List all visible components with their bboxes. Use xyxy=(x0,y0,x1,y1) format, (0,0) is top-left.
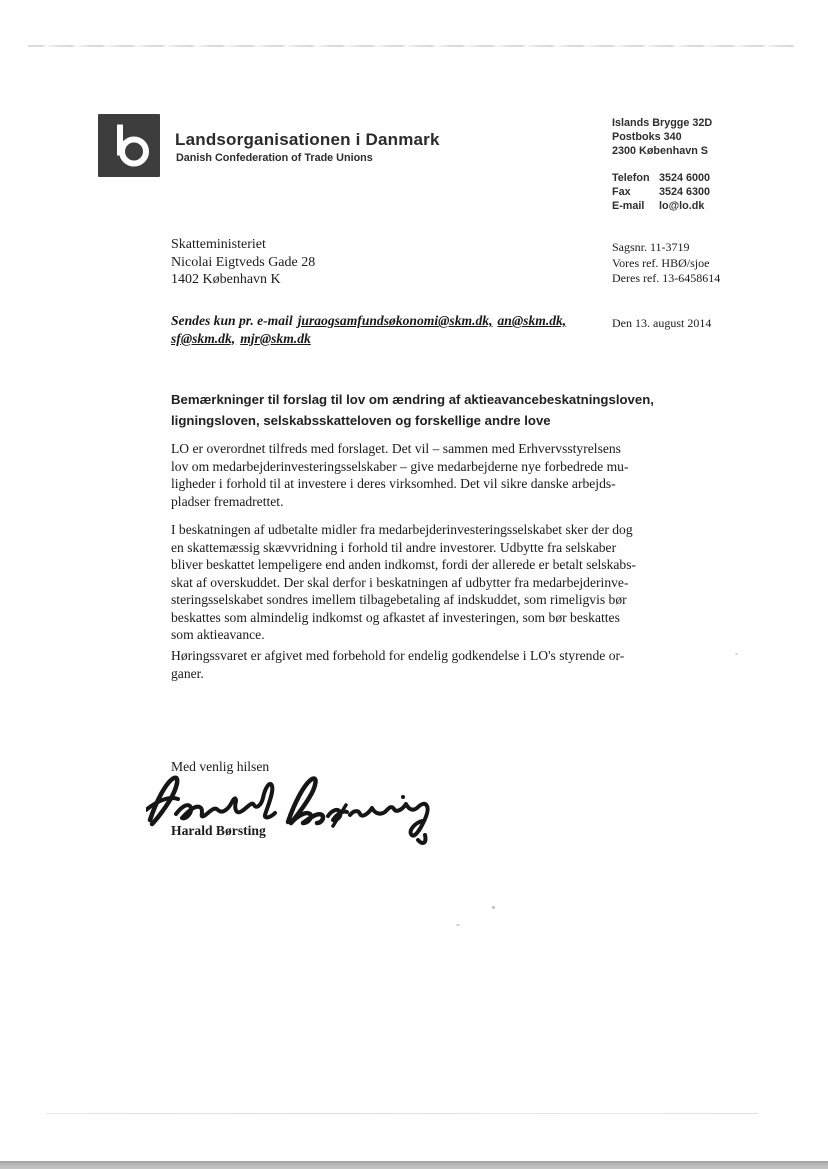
lo-logo xyxy=(98,114,160,177)
hq-address-line: Postboks 340 xyxy=(612,131,712,145)
letterhead-contact-block: Islands Brygge 32D Postboks 340 2300 Køb… xyxy=(612,117,712,214)
phone-value: 3524 6000 xyxy=(659,172,710,186)
send-by-email-line: Sendes kun pr. e-mailjuraogsamfundsøkono… xyxy=(171,312,631,347)
scan-speck xyxy=(456,924,460,926)
email-address: sf@skm.dk, xyxy=(171,331,235,346)
org-name: Landsorganisationen i Danmark xyxy=(175,130,440,150)
scan-artifact-top-line xyxy=(28,45,794,47)
case-number: Sagsnr. 11-3719 xyxy=(612,240,720,256)
subject-heading: Bemærkninger til forslag til lov om ændr… xyxy=(171,390,716,432)
recipient-line: 1402 København K xyxy=(171,271,315,289)
their-reference: Deres ref. 13-6458614 xyxy=(612,271,720,287)
scan-speck xyxy=(735,653,738,655)
hq-address-line: 2300 København S xyxy=(612,145,712,159)
email-label: E-mail xyxy=(612,200,659,214)
recipient-line: Nicolai Eigtveds Gade 28 xyxy=(171,254,315,272)
send-by-email-prefix: Sendes kun pr. e-mail xyxy=(171,313,293,328)
handwritten-signature xyxy=(146,768,461,858)
scan-artifact-faint-line xyxy=(46,1113,758,1114)
signature-icon xyxy=(146,768,461,853)
hq-address-line: Islands Brygge 32D xyxy=(612,117,712,131)
scan-speck xyxy=(492,906,495,909)
our-reference: Vores ref. HBØ/sjoe xyxy=(612,256,720,272)
email-address: juraogsamfundsøkonomi@skm.dk, xyxy=(298,313,493,328)
email-address: an@skm.dk, xyxy=(497,313,566,328)
phone-label: Telefon xyxy=(612,172,659,186)
signatory-name: Harald Børsting xyxy=(171,823,266,839)
email-address: mjr@skm.dk xyxy=(240,331,311,346)
reference-block: Sagsnr. 11-3719 Vores ref. HBØ/sjoe Dere… xyxy=(612,240,720,287)
hq-phone-row: Telefon 3524 6000 xyxy=(612,172,712,186)
hq-email-row: E-mail lo@lo.dk xyxy=(612,200,712,214)
body-paragraph-2: I beskatningen af udbetalte midler fra m… xyxy=(171,521,716,644)
recipient-address: Skatteministeriet Nicolai Eigtveds Gade … xyxy=(171,236,315,289)
scanned-letter-page: Landsorganisationen i Danmark Danish Con… xyxy=(0,0,828,1169)
recipient-line: Skatteministeriet xyxy=(171,236,315,254)
scan-artifact-bottom-band xyxy=(0,1161,828,1169)
fax-value: 3524 6300 xyxy=(659,186,710,200)
fax-label: Fax xyxy=(612,186,659,200)
body-paragraph-1: LO er overordnet tilfreds med forslaget.… xyxy=(171,440,716,510)
body-paragraph-3: Høringssvaret er afgivet med forbehold f… xyxy=(171,647,716,682)
email-value: lo@lo.dk xyxy=(659,200,704,214)
lo-logo-icon xyxy=(98,114,160,177)
org-subtitle: Danish Confederation of Trade Unions xyxy=(176,152,373,164)
hq-fax-row: Fax 3524 6300 xyxy=(612,186,712,200)
letter-date: Den 13. august 2014 xyxy=(612,316,711,331)
